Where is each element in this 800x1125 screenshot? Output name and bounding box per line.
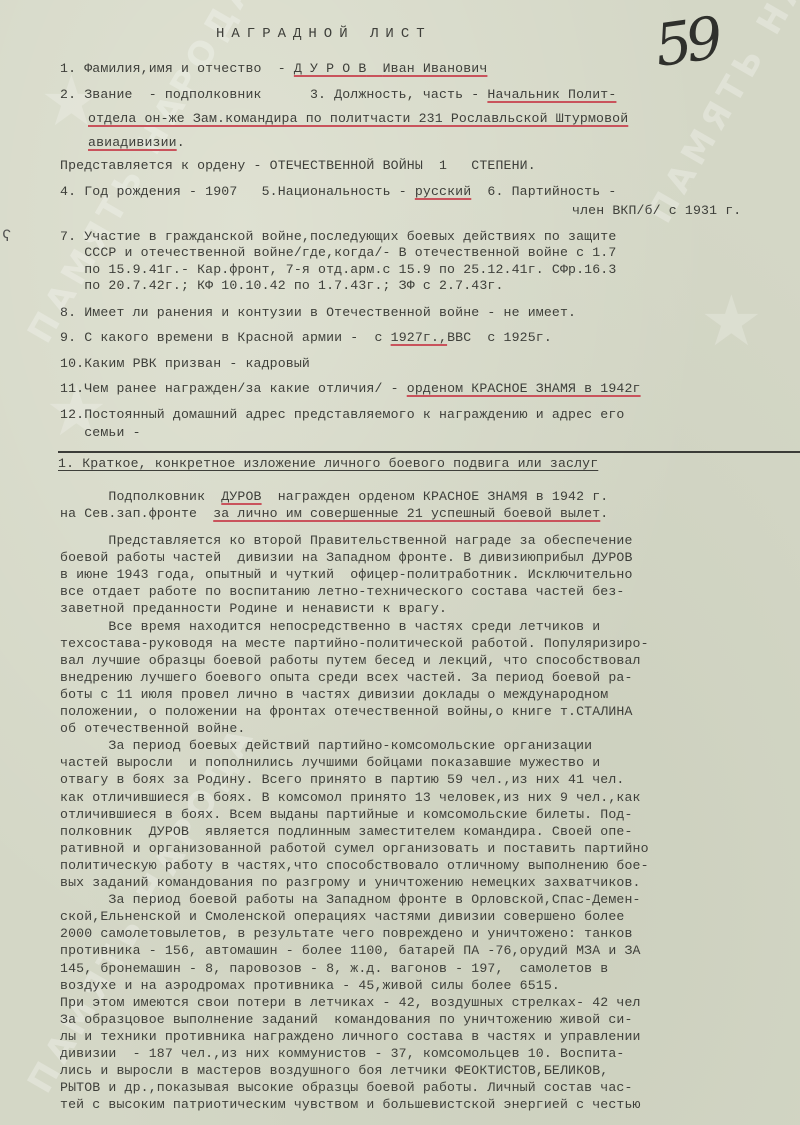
- text-line: За период боевой работы на Западном фрон…: [60, 892, 641, 908]
- text: на Сев.зап.фронте: [60, 506, 213, 521]
- text-line: тей с высоким патриотическим чувством и …: [60, 1097, 641, 1113]
- text-line: по 15.9.41г.- Кар.фронт, 7-я отд.арм.с 1…: [60, 262, 616, 278]
- prior-award: орденом КРАСНОЕ ЗНАМЯ в 1942г: [407, 381, 641, 396]
- text-line: Все время находится непосредственно в ча…: [60, 619, 600, 635]
- text-line: За образцовое выполнение заданий командо…: [60, 1012, 633, 1028]
- text-line: боевой работы частей дивизии на Западном…: [60, 550, 633, 566]
- nominated-award: Представляется к ордену - ОТЕЧЕСТВЕННОЙ …: [60, 158, 536, 174]
- field-label: 11.Чем ранее награжден/за какие отличия/…: [60, 381, 407, 396]
- text-line: заветной преданности Родине и ненависти …: [60, 601, 447, 617]
- text-line: 145, бронемашин - 8, паровозов - 8, ж.д.…: [60, 961, 608, 977]
- text-line: лы и техники противника награждено лично…: [60, 1029, 641, 1045]
- text-line: техсостава-руководя на месте партийно-по…: [60, 636, 649, 652]
- award-name: ОТЕЧЕСТВЕННОЙ ВОЙНЫ 1 СТЕПЕНИ.: [270, 158, 536, 173]
- field-army-since: 9. С какого времени в Красной армии - с …: [60, 330, 552, 346]
- punct: .: [177, 135, 185, 150]
- text-line: противника - 156, автомашин - более 1100…: [60, 943, 641, 959]
- surname: Д У Р О В: [294, 61, 367, 76]
- text-line: положении, о положении на фронтах отечес…: [60, 704, 633, 720]
- field-rank-position: 2. Звание - подполковник 3. Должность, ч…: [60, 87, 616, 103]
- text-line: об отечественной войне.: [60, 721, 245, 737]
- text-line: полковник ДУРОВ является подлинным замес…: [60, 824, 633, 840]
- text-line: Представляется ко второй Правительственн…: [60, 533, 633, 549]
- text-line: 12.Постоянный домашний адрес представляе…: [60, 407, 624, 423]
- text-line: все отдает работе по воспитанию летно-те…: [60, 584, 624, 600]
- position-value-text: авиадивизии: [88, 135, 177, 150]
- nationality: русский: [415, 184, 471, 199]
- document-title: НАГРАДНОЙ ЛИСТ: [216, 26, 432, 42]
- text-line: РЫТОВ и др.,показывая высокие образцы бо…: [60, 1080, 633, 1096]
- section-divider: [58, 451, 800, 453]
- punct: .: [600, 506, 608, 521]
- section-header: 1. Краткое, конкретное изложение личного…: [58, 456, 598, 472]
- text-line: боты с 11 июля провел лично в частях див…: [60, 687, 608, 703]
- text-line: За период боевых действий партийно-комсо…: [60, 738, 592, 754]
- text-line: воздухе и на аэродромах противника - 45,…: [60, 978, 560, 994]
- margin-mark: ʕ: [2, 228, 12, 246]
- field-label: 4. Год рождения -: [60, 184, 205, 199]
- text-line: При этом имеются свои потери в летчиках …: [60, 995, 641, 1011]
- narrative-line: Подполковник ДУРОВ награжден орденом КРА…: [60, 489, 608, 505]
- text-line: внедрению лучшего боевого опыта среди вс…: [60, 670, 633, 686]
- field-label: 2. Звание - подполковник 3. Должность, ч…: [60, 87, 487, 102]
- position-value-cont: авиадивизии.: [88, 135, 185, 151]
- text-line: вал лучшие образцы боевой работы путем б…: [60, 653, 641, 669]
- text-line: ративной и организованной работой сумел …: [60, 841, 649, 857]
- field-birth-nationality-party: 4. Год рождения - 1907 5.Национальность …: [60, 184, 616, 200]
- text-line: как отличившиеся в боях. В комсомол прин…: [60, 790, 641, 806]
- field-prior-awards: 11.Чем ранее награжден/за какие отличия/…: [60, 381, 641, 397]
- field-label: 1. Фамилия,имя и отчество -: [60, 61, 294, 76]
- army-since-year: 1927г.,: [391, 330, 447, 345]
- field-wounds: 8. Имеет ли ранения и контузии в Отечест…: [60, 305, 576, 321]
- feat-summary: за лично им совершенные 21 успешный боев…: [213, 506, 600, 521]
- text-line: лись и выросли в мастеров воздушного боя…: [60, 1063, 608, 1079]
- text: награжден орденом КРАСНОЕ ЗНАМЯ в 1942 г…: [262, 489, 609, 504]
- field-full-name: 1. Фамилия,имя и отчество - Д У Р О В Ив…: [60, 61, 487, 77]
- position-value-text: отдела он-же Зам.командира по политчасти…: [88, 111, 628, 126]
- field-label: Представляется к ордену -: [60, 158, 270, 173]
- given-names: Иван Иванович: [366, 61, 487, 76]
- birth-year: 1907: [205, 184, 237, 199]
- field-label: 5.Национальность -: [237, 184, 414, 199]
- surname: ДУРОВ: [221, 489, 261, 504]
- text-line: по 20.7.42г.; КФ 10.10.42 по 1.7.43г.; З…: [60, 278, 504, 294]
- given-names-text: Иван Иванович: [383, 61, 488, 76]
- text-line: частей выросли и пополнились лучшими бой…: [60, 755, 600, 771]
- text-line: политическую работу в частях,что способс…: [60, 858, 649, 874]
- text-line: ской,Ельненской и Смоленской операциях ч…: [60, 909, 624, 925]
- handwritten-page-number: 59: [651, 4, 722, 80]
- field-draft-office: 10.Каким РВК призван - кадровый: [60, 356, 310, 372]
- text-line: отличившиеся в боях. Всем выданы партийн…: [60, 807, 633, 823]
- position-value: Начальник Полит-: [487, 87, 616, 102]
- text-line: 7. Участие в гражданской войне,последующ…: [60, 229, 616, 245]
- position-value-cont: отдела он-же Зам.командира по политчасти…: [88, 111, 628, 127]
- watermark-star-icon: ★: [700, 280, 763, 362]
- air-force-since: ВВС с 1925г.: [447, 330, 552, 345]
- watermark-text: ПАМЯТЬ НАРОДА: [20, 0, 264, 350]
- text-line: СССР и отечественной войне/где,когда/- В…: [60, 245, 616, 261]
- document-page: ★ ★ ★ ПАМЯТЬ НАРОДА ПАМЯТЬ НАРОДА ПАМЯТЬ…: [0, 0, 800, 1125]
- field-label: 6. Партийность -: [471, 184, 616, 199]
- text-line: дивизии - 187 чел.,из них коммунистов - …: [60, 1046, 624, 1062]
- party-membership: член ВКП/б/ с 1931 г.: [572, 203, 741, 219]
- text-line: вых заданий командования по разгрому и у…: [60, 875, 641, 891]
- field-label: 9. С какого времени в Красной армии - с: [60, 330, 391, 345]
- text-line: в июне 1943 года, опытный и чуткий офице…: [60, 567, 633, 583]
- text: Подполковник: [60, 489, 221, 504]
- text-line: 2000 самолетовылетов, в результате чего …: [60, 926, 633, 942]
- narrative-line: на Сев.зап.фронте за лично им совершенны…: [60, 506, 608, 522]
- text-line: семьи -: [60, 425, 141, 441]
- text-line: отвагу в боях за Родину. Всего принято в…: [60, 772, 624, 788]
